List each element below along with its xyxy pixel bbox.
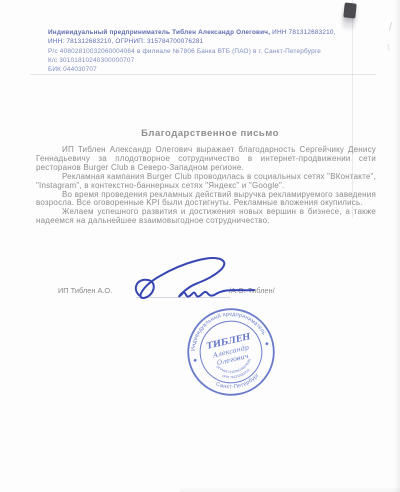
scan-edge-shadow <box>180 487 400 492</box>
entrepreneur-inn-inline: ИНН 781312683210, <box>270 29 335 36</box>
paragraph-results: Во время проведения рекламных действий в… <box>36 191 376 209</box>
page-title: Благодарственное письмо <box>0 128 400 139</box>
scan-edge-shadow <box>394 0 400 492</box>
paragraph-gratitude: ИП Тиблен Александр Олегович выражает бл… <box>36 146 376 173</box>
letterhead-line-4: К/с 30101810240300000707 <box>48 56 362 65</box>
entrepreneur-name: Индивидуальный предприниматель Тиблен Ал… <box>48 29 270 36</box>
star-icon <box>193 359 197 363</box>
letterhead-line-1: Индивидуальный предприниматель Тиблен Ал… <box>48 28 362 37</box>
paragraph-campaign: Рекламная кампания Burger Club проводила… <box>36 173 376 191</box>
signature-stroke <box>136 258 254 298</box>
letterhead-line-3: Р/с 40802810032060004064 в филиале №7806… <box>48 47 362 56</box>
letterhead: Индивидуальный предприниматель Тиблен Ал… <box>48 28 362 74</box>
scanned-letter-page: Индивидуальный предприниматель Тиблен Ал… <box>0 0 400 492</box>
pencil-mark <box>387 44 389 51</box>
scan-smudge-artifact <box>343 2 357 18</box>
paper-fold-line <box>352 0 353 218</box>
signature-left-label: ИП Тиблен А.О. <box>58 286 112 295</box>
pencil-mark <box>389 22 392 31</box>
letterhead-line-2: ИНН: 781312683210, ОГРНИП: 3157847000762… <box>48 37 362 46</box>
letter-body: ИП Тиблен Александр Олегович выражает бл… <box>36 146 376 226</box>
header-divider <box>30 74 376 75</box>
paragraph-wishes: Желаем успешного развития и достижения н… <box>36 208 376 226</box>
star-icon <box>265 342 269 346</box>
